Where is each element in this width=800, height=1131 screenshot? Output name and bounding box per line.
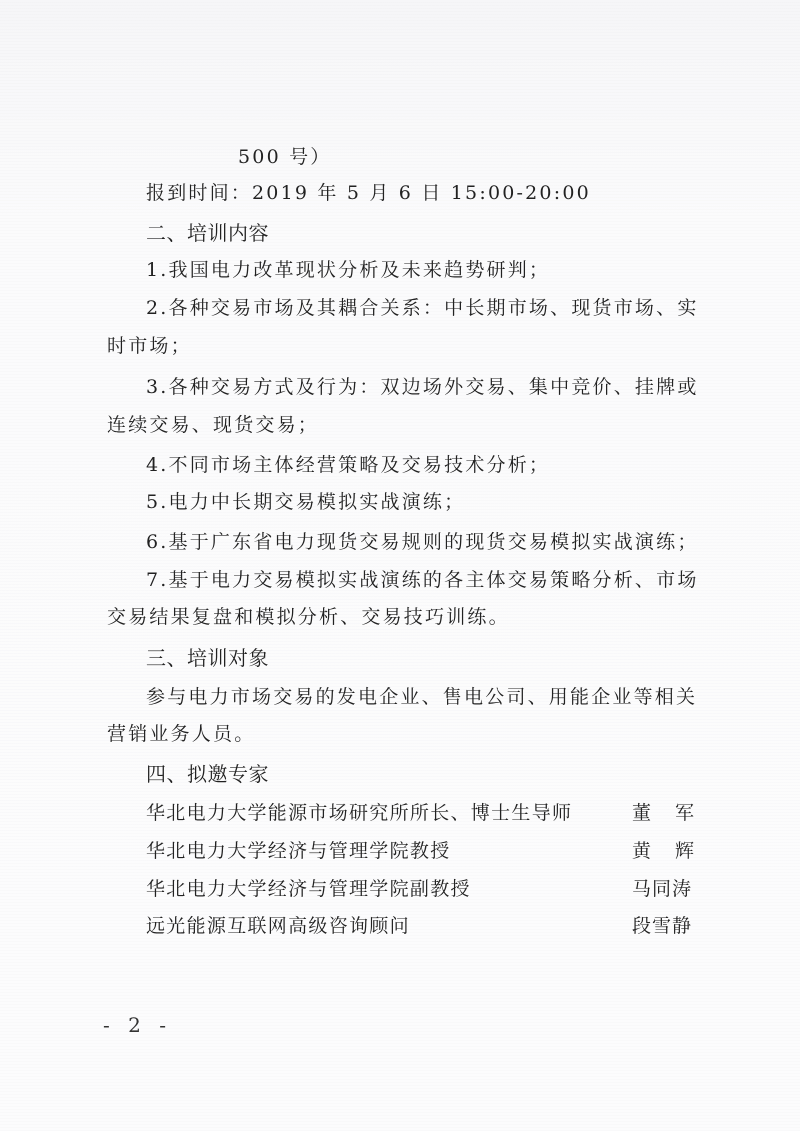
content-item-5: 5.电力中长期交易模拟实战演练；: [146, 490, 465, 514]
expert-name: 黄 辉: [632, 839, 694, 863]
expert-title: 华北电力大学经济与管理学院教授: [146, 839, 451, 863]
content-item-2-continued: 时市场；: [107, 334, 192, 358]
expert-title: 远光能源互联网高级咨询顾问: [146, 914, 410, 938]
content-item-3: 3.各种交易方式及行为：双边场外交易、集中竞价、挂牌或: [146, 375, 699, 399]
expert-name-part: 董: [632, 801, 651, 825]
scan-background: [0, 0, 800, 1131]
expert-name: 马同涛: [632, 877, 692, 901]
page-number: - 2 -: [103, 1013, 172, 1037]
expert-name-part: 辉: [675, 839, 694, 863]
expert-name-part: 军: [675, 801, 694, 825]
audience-text-continued: 营销业务人员。: [107, 722, 255, 746]
expert-name: 段雪静: [632, 914, 692, 938]
expert-title: 华北电力大学能源市场研究所所长、博士生导师: [146, 801, 572, 825]
audience-text: 参与电力市场交易的发电企业、售电公司、用能企业等相关: [146, 685, 697, 709]
content-item-6: 6.基于广东省电力现货交易规则的现货交易模拟实战演练；: [146, 530, 699, 554]
content-item-7-continued: 交易结果复盘和模拟分析、交易技巧训练。: [107, 605, 510, 629]
content-item-1: 1.我国电力改革现状分析及未来趋势研判；: [146, 258, 550, 282]
content-item-4: 4.不同市场主体经营策略及交易技术分析；: [146, 453, 550, 477]
section-heading-training-content: 二、培训内容: [146, 221, 269, 245]
address-continuation: 500 号）: [238, 145, 332, 169]
expert-name: 董 军: [632, 801, 694, 825]
section-heading-invited-experts: 四、拟邀专家: [146, 762, 269, 786]
content-item-2: 2.各种交易市场及其耦合关系：中长期市场、现货市场、实: [146, 296, 699, 320]
section-heading-training-audience: 三、培训对象: [146, 646, 269, 670]
expert-title: 华北电力大学经济与管理学院副教授: [146, 877, 471, 901]
content-item-7: 7.基于电力交易模拟实战演练的各主体交易策略分析、市场: [146, 568, 699, 592]
registration-time: 报到时间：2019 年 5 月 6 日 15:00-20:00: [146, 181, 591, 205]
expert-name-part: 黄: [632, 839, 651, 863]
content-item-3-continued: 连续交易、现货交易；: [107, 413, 319, 437]
